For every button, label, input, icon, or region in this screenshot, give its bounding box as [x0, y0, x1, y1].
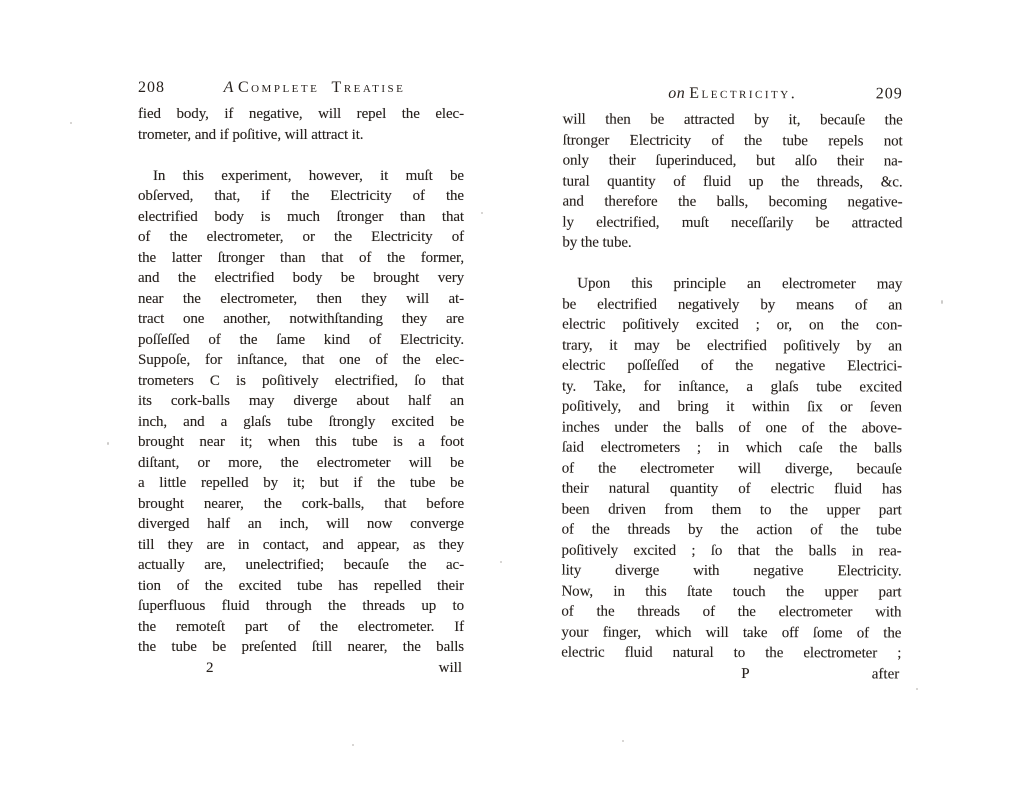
text-line: lity diverge with negative Electricity.: [561, 561, 901, 582]
text-line: ty. Take, for inſtance, a glaſs tube exc…: [562, 376, 902, 397]
left-page-footer: 2 will: [138, 658, 464, 679]
signature-mark: 2: [206, 658, 214, 679]
text-line: tract one another, notwithſtanding they …: [138, 309, 464, 330]
left-page-body: fied body, if negative, will repel the e…: [138, 104, 464, 658]
text-line: Now, in this ſtate touch the upper part: [561, 581, 901, 602]
text-line: obſerved, that, if the Electricity of th…: [138, 186, 464, 207]
text-line: trometers C is poſitively electrified, ſ…: [138, 371, 464, 392]
scan-speck: [70, 122, 72, 124]
right-page-number: 209: [876, 84, 903, 104]
paragraph: In this experiment, however, it muſt beo…: [138, 166, 464, 658]
right-page: onElectricity. 209 will then be attracte…: [561, 84, 903, 685]
text-line: by the tube.: [562, 233, 902, 254]
text-line: the tube be preſented ſtill nearer, the …: [138, 637, 464, 658]
text-line: the remoteſt part of the electrometer. I…: [138, 617, 464, 638]
text-line: be electrified negatively by means of an: [562, 294, 902, 315]
text-line: till they are in contact, and appear, as…: [138, 535, 464, 556]
text-line: ly electrified, muſt neceſſarily be attr…: [562, 212, 902, 233]
scan-speck: [107, 442, 109, 445]
running-title-text: Electricity.: [689, 85, 797, 102]
text-line: electrified body is much ſtronger than t…: [138, 207, 464, 228]
book-scan: { "palette": { "paper": "#ffffff", "ink"…: [0, 0, 1024, 791]
text-line: near the electrometer, then they will at…: [138, 289, 464, 310]
scan-speck: [500, 561, 502, 563]
paragraph: fied body, if negative, will repel the e…: [138, 104, 464, 145]
text-line: fied body, if negative, will repel the e…: [138, 104, 464, 125]
text-line: of the threads of the electrometer with: [561, 602, 901, 623]
text-line: electric fluid natural to the electromet…: [561, 643, 901, 664]
text-line: only their ſuperinduced, but alſo their …: [563, 151, 903, 172]
text-line: inch, and a glaſs tube ſtrongly excited …: [138, 412, 464, 433]
text-line: its cork-balls may diverge about half an: [138, 391, 464, 412]
text-line: tion of the excited tube has repelled th…: [138, 576, 464, 597]
text-line: poſſeſſed of the ſame kind of Electricit…: [138, 330, 464, 351]
text-line: trometer, and if poſitive, will attract …: [138, 125, 464, 146]
text-line: Suppoſe, for inſtance, that one of the e…: [138, 350, 464, 371]
text-line: In this experiment, however, it muſt be: [138, 166, 464, 187]
text-line: of the threads by the action of the tube: [562, 520, 902, 541]
paragraph: Upon this principle an electrometer mayb…: [561, 274, 902, 664]
left-page: 208 AComplete Treatise fied body, if neg…: [138, 78, 464, 678]
text-line: brought nearer, the cork-balls, that bef…: [138, 494, 464, 515]
text-line: ſaid electrometers ; in which caſe the b…: [562, 438, 902, 459]
text-line: ſuperfluous fluid through the threads up…: [138, 596, 464, 617]
text-line: and the electrified body be brought very: [138, 268, 464, 289]
right-running-title: onElectricity.: [563, 84, 903, 105]
text-line: and therefore the balls, becoming negati…: [562, 192, 902, 213]
text-line: poſitively excited ; ſo that the balls i…: [562, 540, 902, 561]
left-page-number: 208: [138, 78, 165, 98]
text-line: your finger, which will take off ſome of…: [561, 622, 901, 643]
text-line: been driven from them to the upper part: [562, 499, 902, 520]
text-line: a little repelled by it; but if the tube…: [138, 473, 464, 494]
text-line: actually are, unelectrified; becauſe the…: [138, 555, 464, 576]
text-line: of the electrometer will diverge, becauſ…: [562, 458, 902, 479]
text-line: Upon this principle an electrometer may: [562, 274, 902, 295]
text-line: ſtronger Electricity of the tube repels …: [563, 130, 903, 151]
scan-speck: [916, 688, 918, 690]
running-title-prefix: A: [224, 79, 234, 96]
scan-speck: [352, 744, 354, 746]
catchword: will: [439, 658, 462, 679]
paragraph: will then be attracted by it, becauſe th…: [562, 110, 902, 254]
text-line: brought near it; when this tube is a foo…: [138, 432, 464, 453]
right-page-body: will then be attracted by it, becauſe th…: [561, 110, 902, 664]
scan-speck: [941, 300, 943, 304]
text-line: electric poſſeſſed of the negative Elect…: [562, 356, 902, 377]
left-running-title: AComplete Treatise: [165, 78, 464, 98]
running-title-prefix: on: [668, 85, 685, 102]
text-line: diverged half an inch, will now converge: [138, 514, 464, 535]
catchword: after: [872, 664, 900, 685]
text-line: electric poſitively excited ; or, on the…: [562, 315, 902, 336]
text-line: inches under the balls of one of the abo…: [562, 417, 902, 438]
right-page-footer: P after: [561, 663, 901, 684]
text-line: tural quantity of fluid up the threads, …: [563, 171, 903, 192]
text-line: trary, it may be electrified poſitively …: [562, 335, 902, 356]
text-line: poſitively, and bring it within ſix or ſ…: [562, 397, 902, 418]
text-line: will then be attracted by it, becauſe th…: [563, 110, 903, 131]
text-line: of the electrometer, or the Electricity …: [138, 227, 464, 248]
text-line: their natural quantity of electric fluid…: [562, 479, 902, 500]
running-title-text: Complete Treatise: [238, 79, 405, 96]
right-page-header: onElectricity. 209: [563, 84, 903, 105]
scan-speck: [622, 740, 624, 742]
text-line: diſtant, or more, the electrometer will …: [138, 453, 464, 474]
left-page-header: 208 AComplete Treatise: [138, 78, 464, 98]
text-line: the latter ſtronger than that of the for…: [138, 248, 464, 269]
signature-mark: P: [741, 664, 749, 685]
scan-speck: [481, 212, 483, 214]
